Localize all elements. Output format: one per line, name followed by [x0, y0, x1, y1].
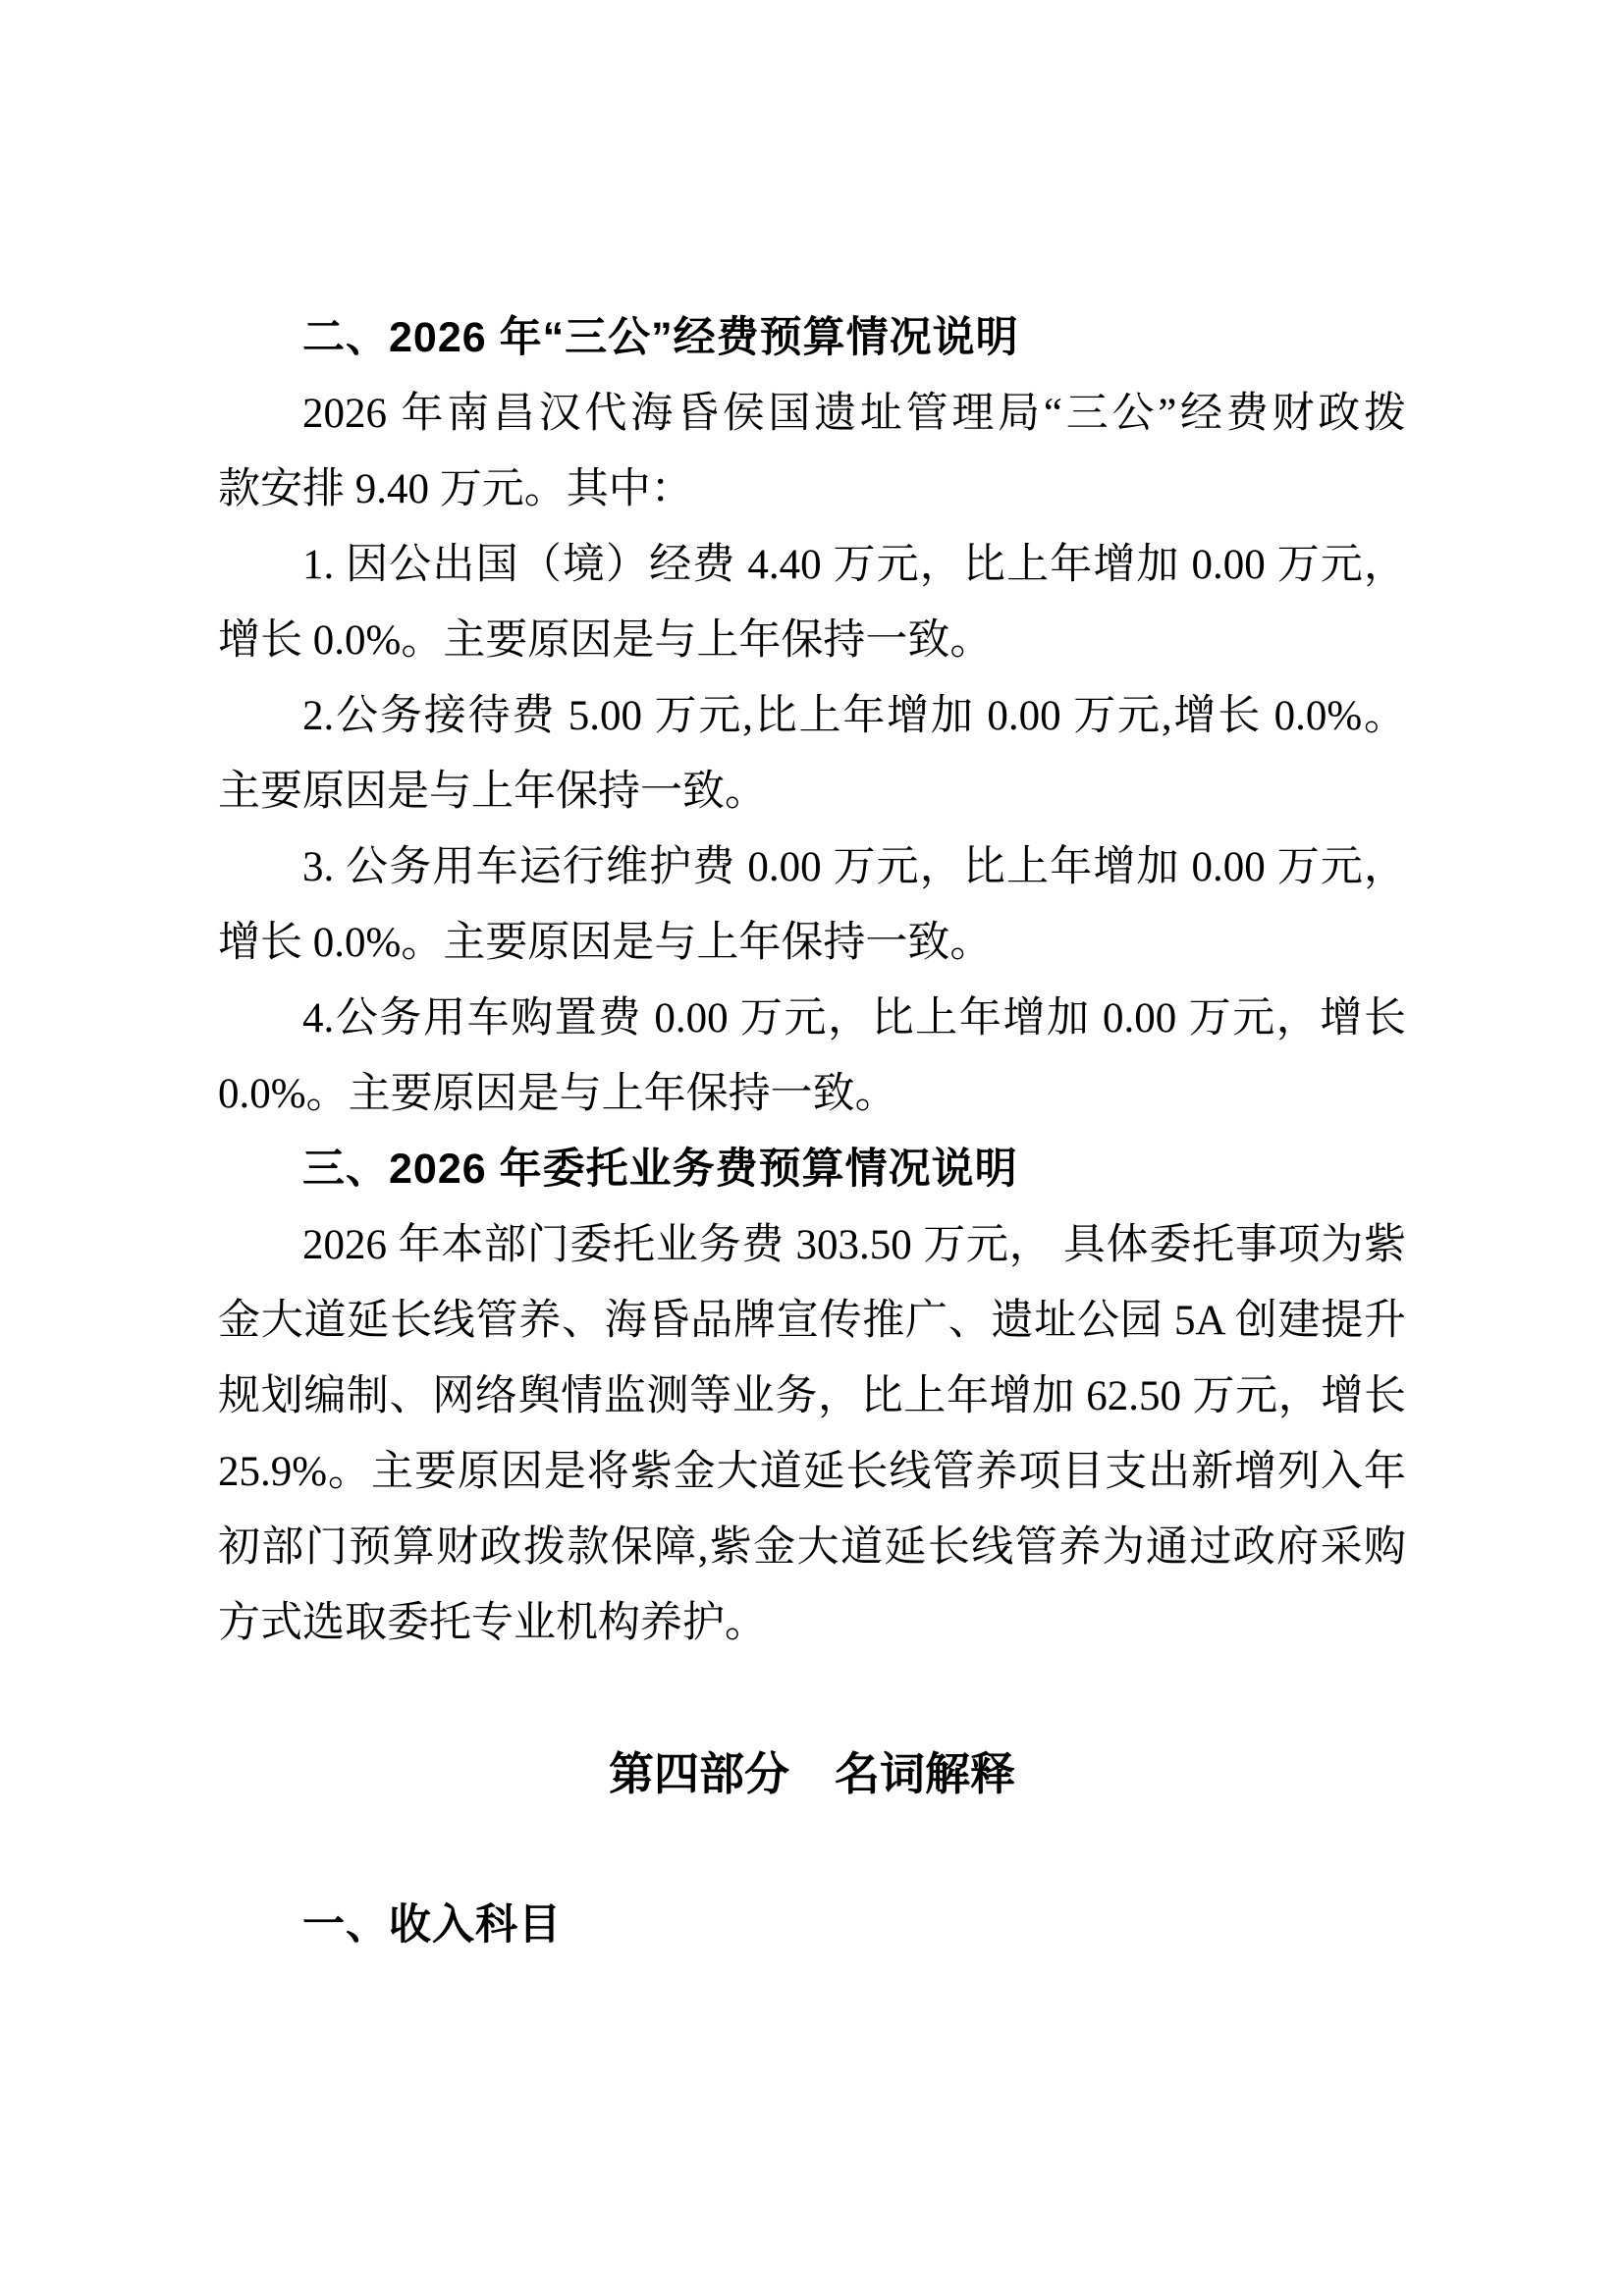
document-content: 二、2026 年“三公”经费预算情况说明2026 年南昌汉代海昏侯国遗址管理局“… — [218, 300, 1406, 1963]
paragraph-line: 1. 因公出国（境）经费 4.40 万元，比上年增加 0.00 万元， — [218, 527, 1406, 603]
section-heading: 二、2026 年“三公”经费预算情况说明 — [218, 300, 1406, 376]
blank-line — [218, 1661, 1406, 1736]
paragraph-line: 25.9%。主要原因是将紫金大道延长线管养项目支出新增列入年 — [218, 1434, 1406, 1510]
paragraph-line: 2.公务接待费 5.00 万元,比上年增加 0.00 万元,增长 0.0%。 — [218, 678, 1406, 754]
document-page: 二、2026 年“三公”经费预算情况说明2026 年南昌汉代海昏侯国遗址管理局“… — [0, 0, 1624, 2296]
paragraph-line: 款安排 9.40 万元。其中： — [218, 452, 1406, 527]
section-heading: 一、收入科目 — [218, 1888, 1406, 1963]
paragraph-line: 方式选取委托专业机构养护。 — [218, 1585, 1406, 1661]
blank-line — [218, 1812, 1406, 1888]
paragraph-line: 2026 年南昌汉代海昏侯国遗址管理局“三公”经费财政拨 — [218, 376, 1406, 452]
paragraph-line: 金大道延长线管养、海昏品牌宣传推广、遗址公园 5A 创建提升 — [218, 1283, 1406, 1359]
paragraph-line: 增长 0.0%。主要原因是与上年保持一致。 — [218, 603, 1406, 678]
paragraph-line: 0.0%。主要原因是与上年保持一致。 — [218, 1056, 1406, 1132]
paragraph-line: 增长 0.0%。主要原因是与上年保持一致。 — [218, 905, 1406, 981]
paragraph-line: 4.公务用车购置费 0.00 万元，比上年增加 0.00 万元，增长 — [218, 981, 1406, 1056]
paragraph-line: 3. 公务用车运行维护费 0.00 万元，比上年增加 0.00 万元， — [218, 829, 1406, 905]
section-heading: 三、2026 年委托业务费预算情况说明 — [218, 1132, 1406, 1207]
paragraph-line: 规划编制、网络舆情监测等业务，比上年增加 62.50 万元，增长 — [218, 1359, 1406, 1434]
part-title: 第四部分 名词解释 — [218, 1736, 1406, 1812]
paragraph-line: 2026 年本部门委托业务费 303.50 万元， 具体委托事项为紫 — [218, 1207, 1406, 1283]
paragraph-line: 主要原因是与上年保持一致。 — [218, 754, 1406, 829]
paragraph-line: 初部门预算财政拨款保障,紫金大道延长线管养为通过政府采购 — [218, 1510, 1406, 1585]
